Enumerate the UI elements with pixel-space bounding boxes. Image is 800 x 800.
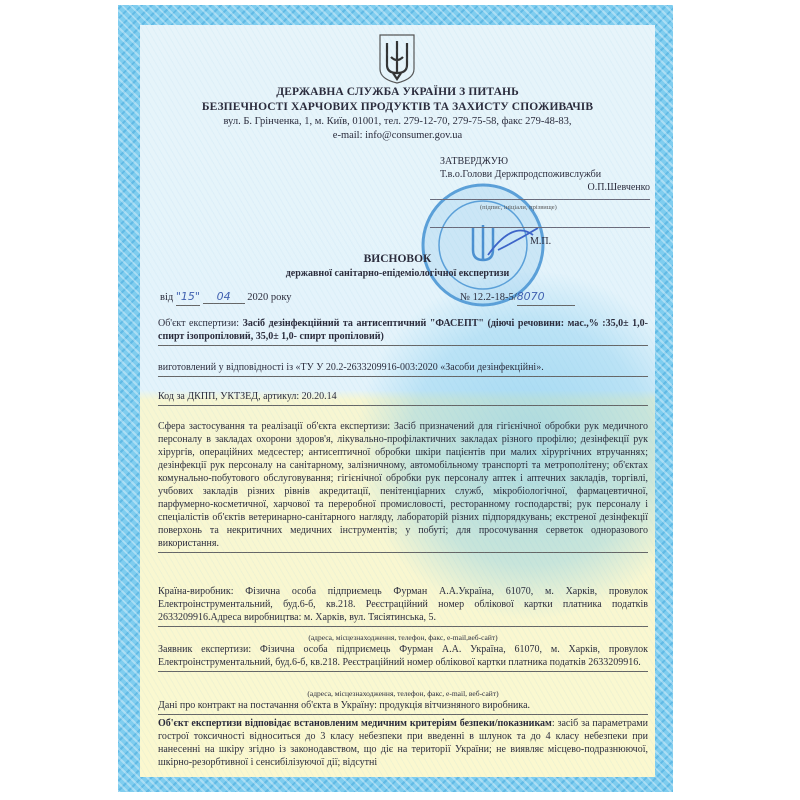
document-subtitle: державної санітарно-епідеміологічної екс… (140, 268, 655, 279)
applicant-caption: (адреса, місцезнаходження, телефон, факс… (158, 689, 648, 698)
compliance-statement: Об'єкт експертизи відповідає встановлени… (158, 717, 648, 769)
email-line: e-mail: info@consumer.gov.ua (140, 129, 655, 143)
org-line-2: БЕЗПЕЧНОСТІ ХАРЧОВИХ ПРОДУКТІВ ТА ЗАХИСТ… (140, 100, 655, 115)
organization-name: ДЕРЖАВНА СЛУЖБА УКРАЇНИ З ПИТАНЬ БЕЗПЕЧН… (140, 85, 655, 115)
product-code: Код за ДКПП, УКТЗЕД, артикул: 20.20.14 (158, 390, 648, 406)
signature-line (430, 199, 650, 200)
document-number: № 12.2-18-5/8070 (460, 290, 575, 303)
seal-label: М.П. (530, 235, 551, 248)
seal-line (430, 227, 650, 228)
date-day: "15" (176, 290, 200, 306)
manufacturer-info: Країна-виробник: Фізична особа підприєме… (158, 585, 648, 627)
number-prefix: № 12.2-18-5/ (460, 292, 517, 303)
address-line: вул. Б. Грінченка, 1, м. Київ, 01001, те… (140, 115, 655, 129)
approval-name: О.П.Шевченко (440, 181, 650, 194)
compliance-bold: Об'єкт експертизи відповідає встановлени… (158, 718, 552, 729)
object-of-expertise: Об'єкт експертизи: Засіб дезінфекційний … (158, 317, 648, 346)
manufactured-per-spec: виготовлений у відповідності із «ТУ У 20… (158, 361, 648, 377)
number-handwritten: 8070 (517, 290, 575, 306)
org-line-1: ДЕРЖАВНА СЛУЖБА УКРАЇНИ З ПИТАНЬ (140, 85, 655, 100)
organization-address: вул. Б. Грінченка, 1, м. Київ, 01001, те… (140, 115, 655, 142)
contract-info: Дані про контракт на постачання об'єкта … (158, 699, 648, 715)
date-prefix: від (160, 292, 173, 303)
document-title: ВИСНОВОК (140, 253, 655, 265)
certificate-page: ДЕРЖАВНА СЛУЖБА УКРАЇНИ З ПИТАНЬ БЕЗПЕЧН… (140, 25, 655, 777)
approval-position: Т.в.о.Голови Держпродспоживслужби (440, 168, 650, 181)
scope-of-application: Сфера застосування та реалізації об'єкта… (158, 420, 648, 553)
approval-label: ЗАТВЕРДЖУЮ (440, 155, 650, 168)
manufacturer-caption: (адреса, місцезнаходження, телефон, факс… (158, 633, 648, 642)
date-month: 04 (203, 290, 245, 304)
signature-caption: (підпис, ініціали, прізвище) (480, 201, 557, 214)
applicant-info: Заявник експертизи: Фізична особа підпри… (158, 643, 648, 672)
trident-emblem-icon (378, 33, 416, 85)
object-label: Об'єкт експертизи: (158, 318, 239, 329)
approval-block: ЗАТВЕРДЖУЮ Т.в.о.Голови Держпродспоживсл… (440, 155, 650, 194)
date-number-line: від "15" 04 2020 року № 12.2-18-5/8070 (160, 290, 640, 303)
date-year: 2020 року (247, 292, 291, 303)
